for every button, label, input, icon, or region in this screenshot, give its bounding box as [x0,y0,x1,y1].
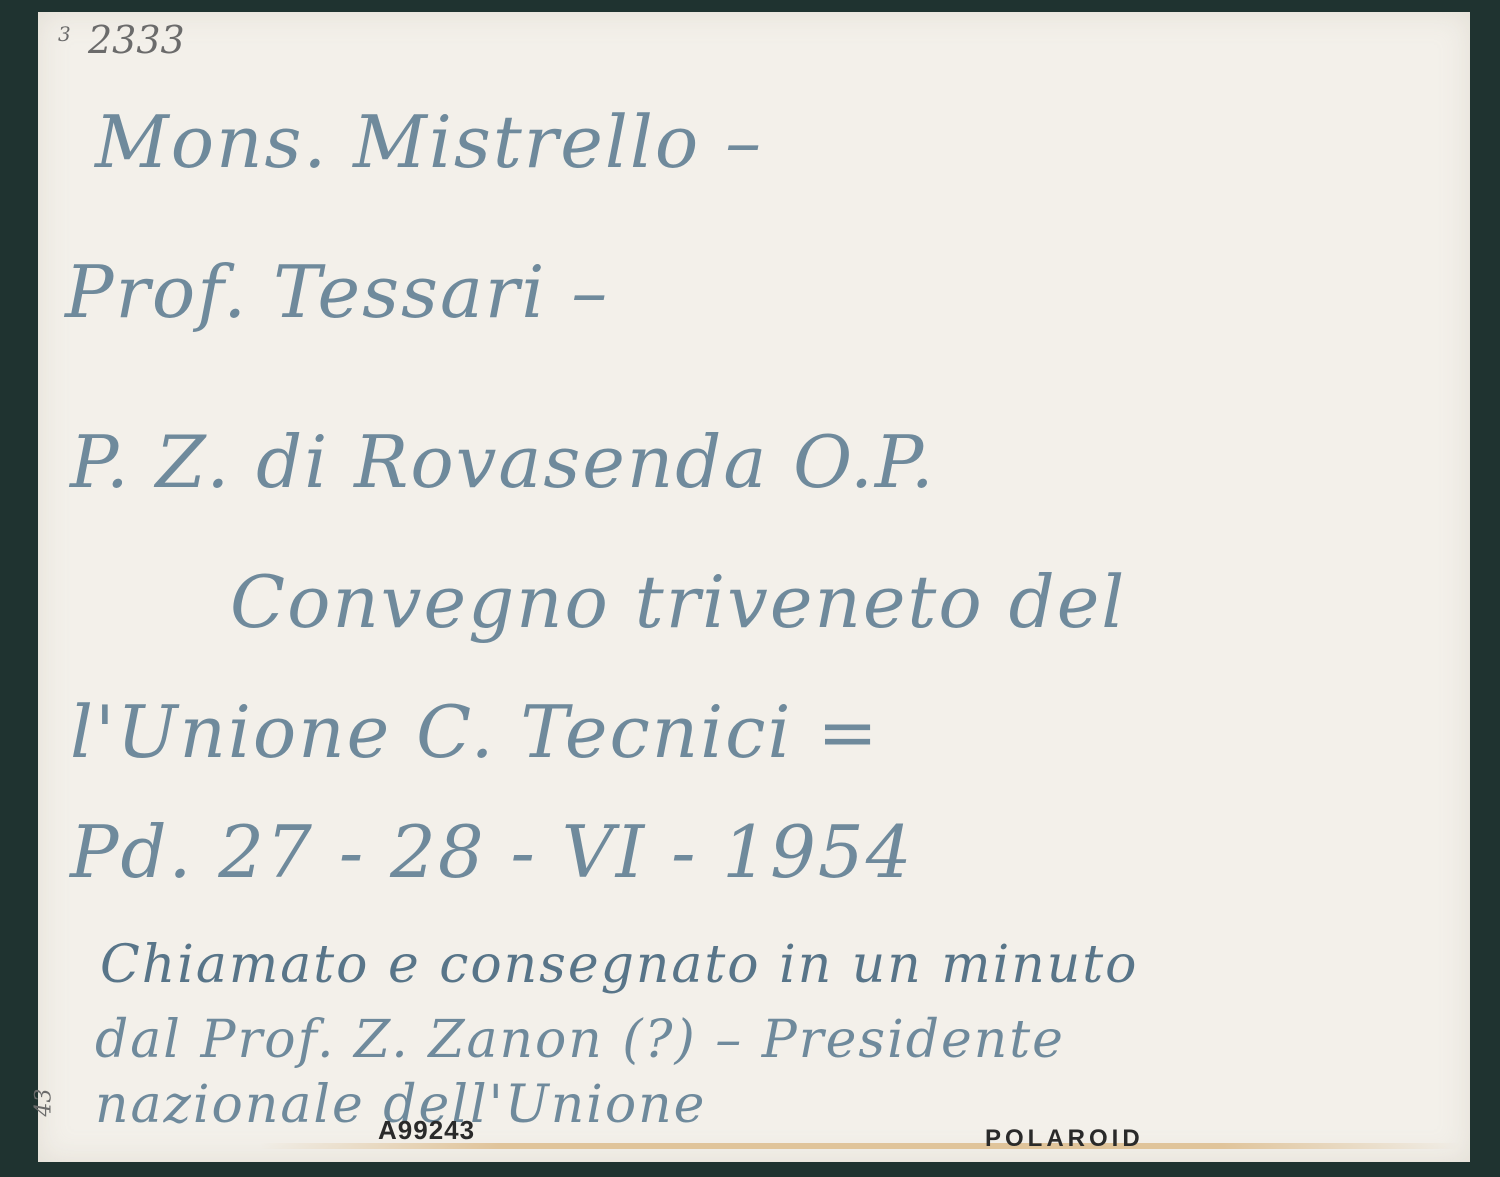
handwritten-line-5: l'Unione C. Tecnici = [70,690,880,774]
polaroid-stamp: POLAROID [985,1125,1144,1153]
handwritten-line-3: P. Z. di Rovasenda O.P. [70,420,936,504]
corner-mark: 3 [58,22,71,46]
handwritten-line-2: Prof. Tessari – [65,250,609,334]
handwritten-date-line: Pd. 27 - 28 - VI - 1954 [70,810,914,894]
deckled-edge-left [30,12,46,1162]
handwritten-line-4: Convegno triveneto del [230,560,1126,644]
handwritten-line-1: Mons. Mistrello – [95,100,763,184]
handwritten-line-8: dal Prof. Z. Zanon (?) – Presidente [95,1010,1065,1070]
deckled-edge-right [1462,12,1478,1162]
stamp-code: A99243 [378,1115,475,1146]
archive-number: 2333 [88,18,185,62]
handwritten-line-7: Chiamato e consegnato in un minuto [100,935,1138,995]
side-number: 43 [32,1089,57,1117]
